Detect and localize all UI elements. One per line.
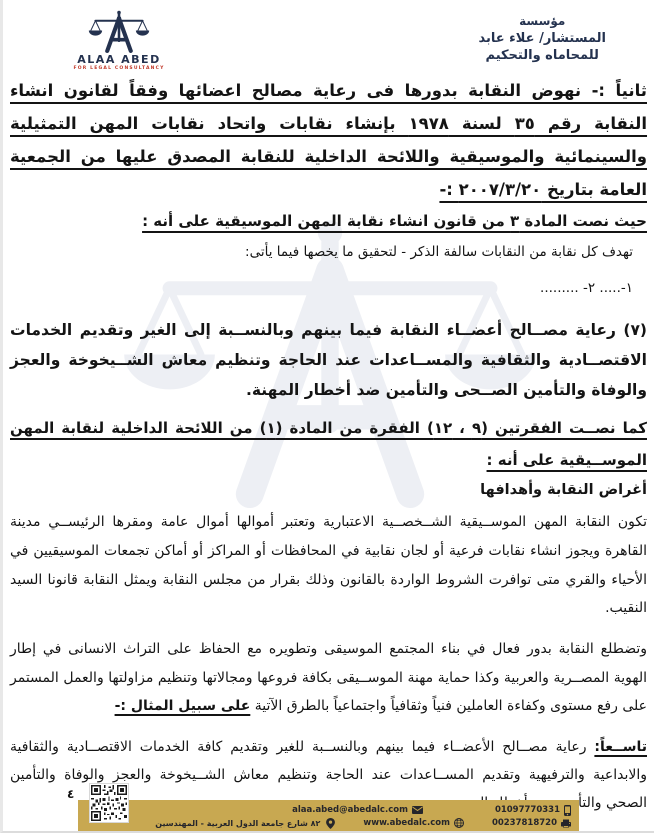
firm-line3: للمحاماه والتحكيم bbox=[478, 47, 606, 65]
globe-icon bbox=[454, 818, 464, 828]
footer-phone: 01097770331 bbox=[495, 805, 571, 816]
footer-website-text: www.abedalc.com bbox=[363, 818, 450, 828]
footer-address: ٨٢ شارع جامعة الدول العربية - المهندسين bbox=[155, 819, 320, 828]
heading-article3: حيث نصت المادة ٣ من قانون انشاء نقابة ال… bbox=[10, 212, 647, 230]
logo-name: ALAA ABED bbox=[71, 54, 167, 66]
paragraph-role: وتضطلع النقابة بدور فعال في بناء المجتمع… bbox=[10, 635, 647, 721]
footer-address-text: ٨٢ شارع جامعة الدول العربية - المهندسين bbox=[155, 819, 320, 828]
footer-contact-bar: alaa.abed@abedalc.com 01097770331 ٨٢ شار… bbox=[78, 800, 579, 833]
footer-email: alaa.abed@abedalc.com bbox=[292, 805, 423, 815]
fax-icon bbox=[561, 819, 571, 828]
footer-location bbox=[326, 818, 335, 829]
footer-phone2: 00237818720 bbox=[492, 818, 571, 828]
footer-row-2: ٨٢ شارع جامعة الدول العربية - المهندسين … bbox=[138, 818, 571, 829]
page-number: ٤ bbox=[67, 787, 74, 801]
heading-purposes: أغراض النقابة وأهدافها bbox=[10, 482, 647, 498]
firm-line2: المستشار/ علاء عابد bbox=[478, 30, 606, 48]
envelope-icon bbox=[412, 806, 423, 814]
heading-clauses: كما نصــت الفقرتين (٩ ، ١٢) الفقرة من ال… bbox=[10, 413, 647, 476]
firm-title-block: مؤسسة المستشار/ علاء عابد للمحاماه والتح… bbox=[478, 14, 606, 65]
paragraph-item7: (٧) رعاية مصــالح أعضــاء النقابة فيما ب… bbox=[10, 315, 647, 406]
scales-of-justice-icon bbox=[88, 10, 150, 54]
document-body: ثانياً :- نهوض النقابة بدورها فى رعاية م… bbox=[3, 72, 654, 817]
firm-line1: مؤسسة bbox=[478, 14, 606, 30]
footer-phone2-text: 00237818720 bbox=[492, 818, 557, 828]
paragraph-items: ١-..... ٢- ......... bbox=[10, 276, 633, 300]
letterhead: ALAA ABED FOR LEGAL CONSULTANCY مؤسسة ال… bbox=[3, 0, 654, 72]
qr-code bbox=[90, 784, 128, 822]
firm-logo: ALAA ABED FOR LEGAL CONSULTANCY bbox=[71, 10, 167, 72]
footer-email-text: alaa.abed@abedalc.com bbox=[292, 805, 408, 815]
mobile-phone-icon bbox=[564, 805, 571, 816]
location-pin-icon bbox=[326, 818, 335, 829]
footer-row-1: alaa.abed@abedalc.com 01097770331 bbox=[138, 805, 571, 816]
paragraph-ninth-label: تاســعاً: bbox=[594, 739, 647, 755]
paragraph-secondly: ثانياً :- نهوض النقابة بدورها فى رعاية م… bbox=[10, 74, 647, 206]
paragraph-role-emphasis: على سبيل المثال :- bbox=[115, 698, 251, 714]
paragraph-goal: تهدف كل نقابة من النقابات سالفة الذكر - … bbox=[10, 240, 633, 264]
paragraph-entity: تكون النقابة المهن الموســيقية الشــخصــ… bbox=[10, 508, 647, 623]
footer-phone-text: 01097770331 bbox=[495, 805, 560, 815]
document-page: ALAA ABED FOR LEGAL CONSULTANCY مؤسسة ال… bbox=[0, 0, 654, 833]
footer-website: www.abedalc.com bbox=[363, 818, 464, 828]
paragraph-role-text: وتضطلع النقابة بدور فعال في بناء المجتمع… bbox=[10, 641, 647, 714]
